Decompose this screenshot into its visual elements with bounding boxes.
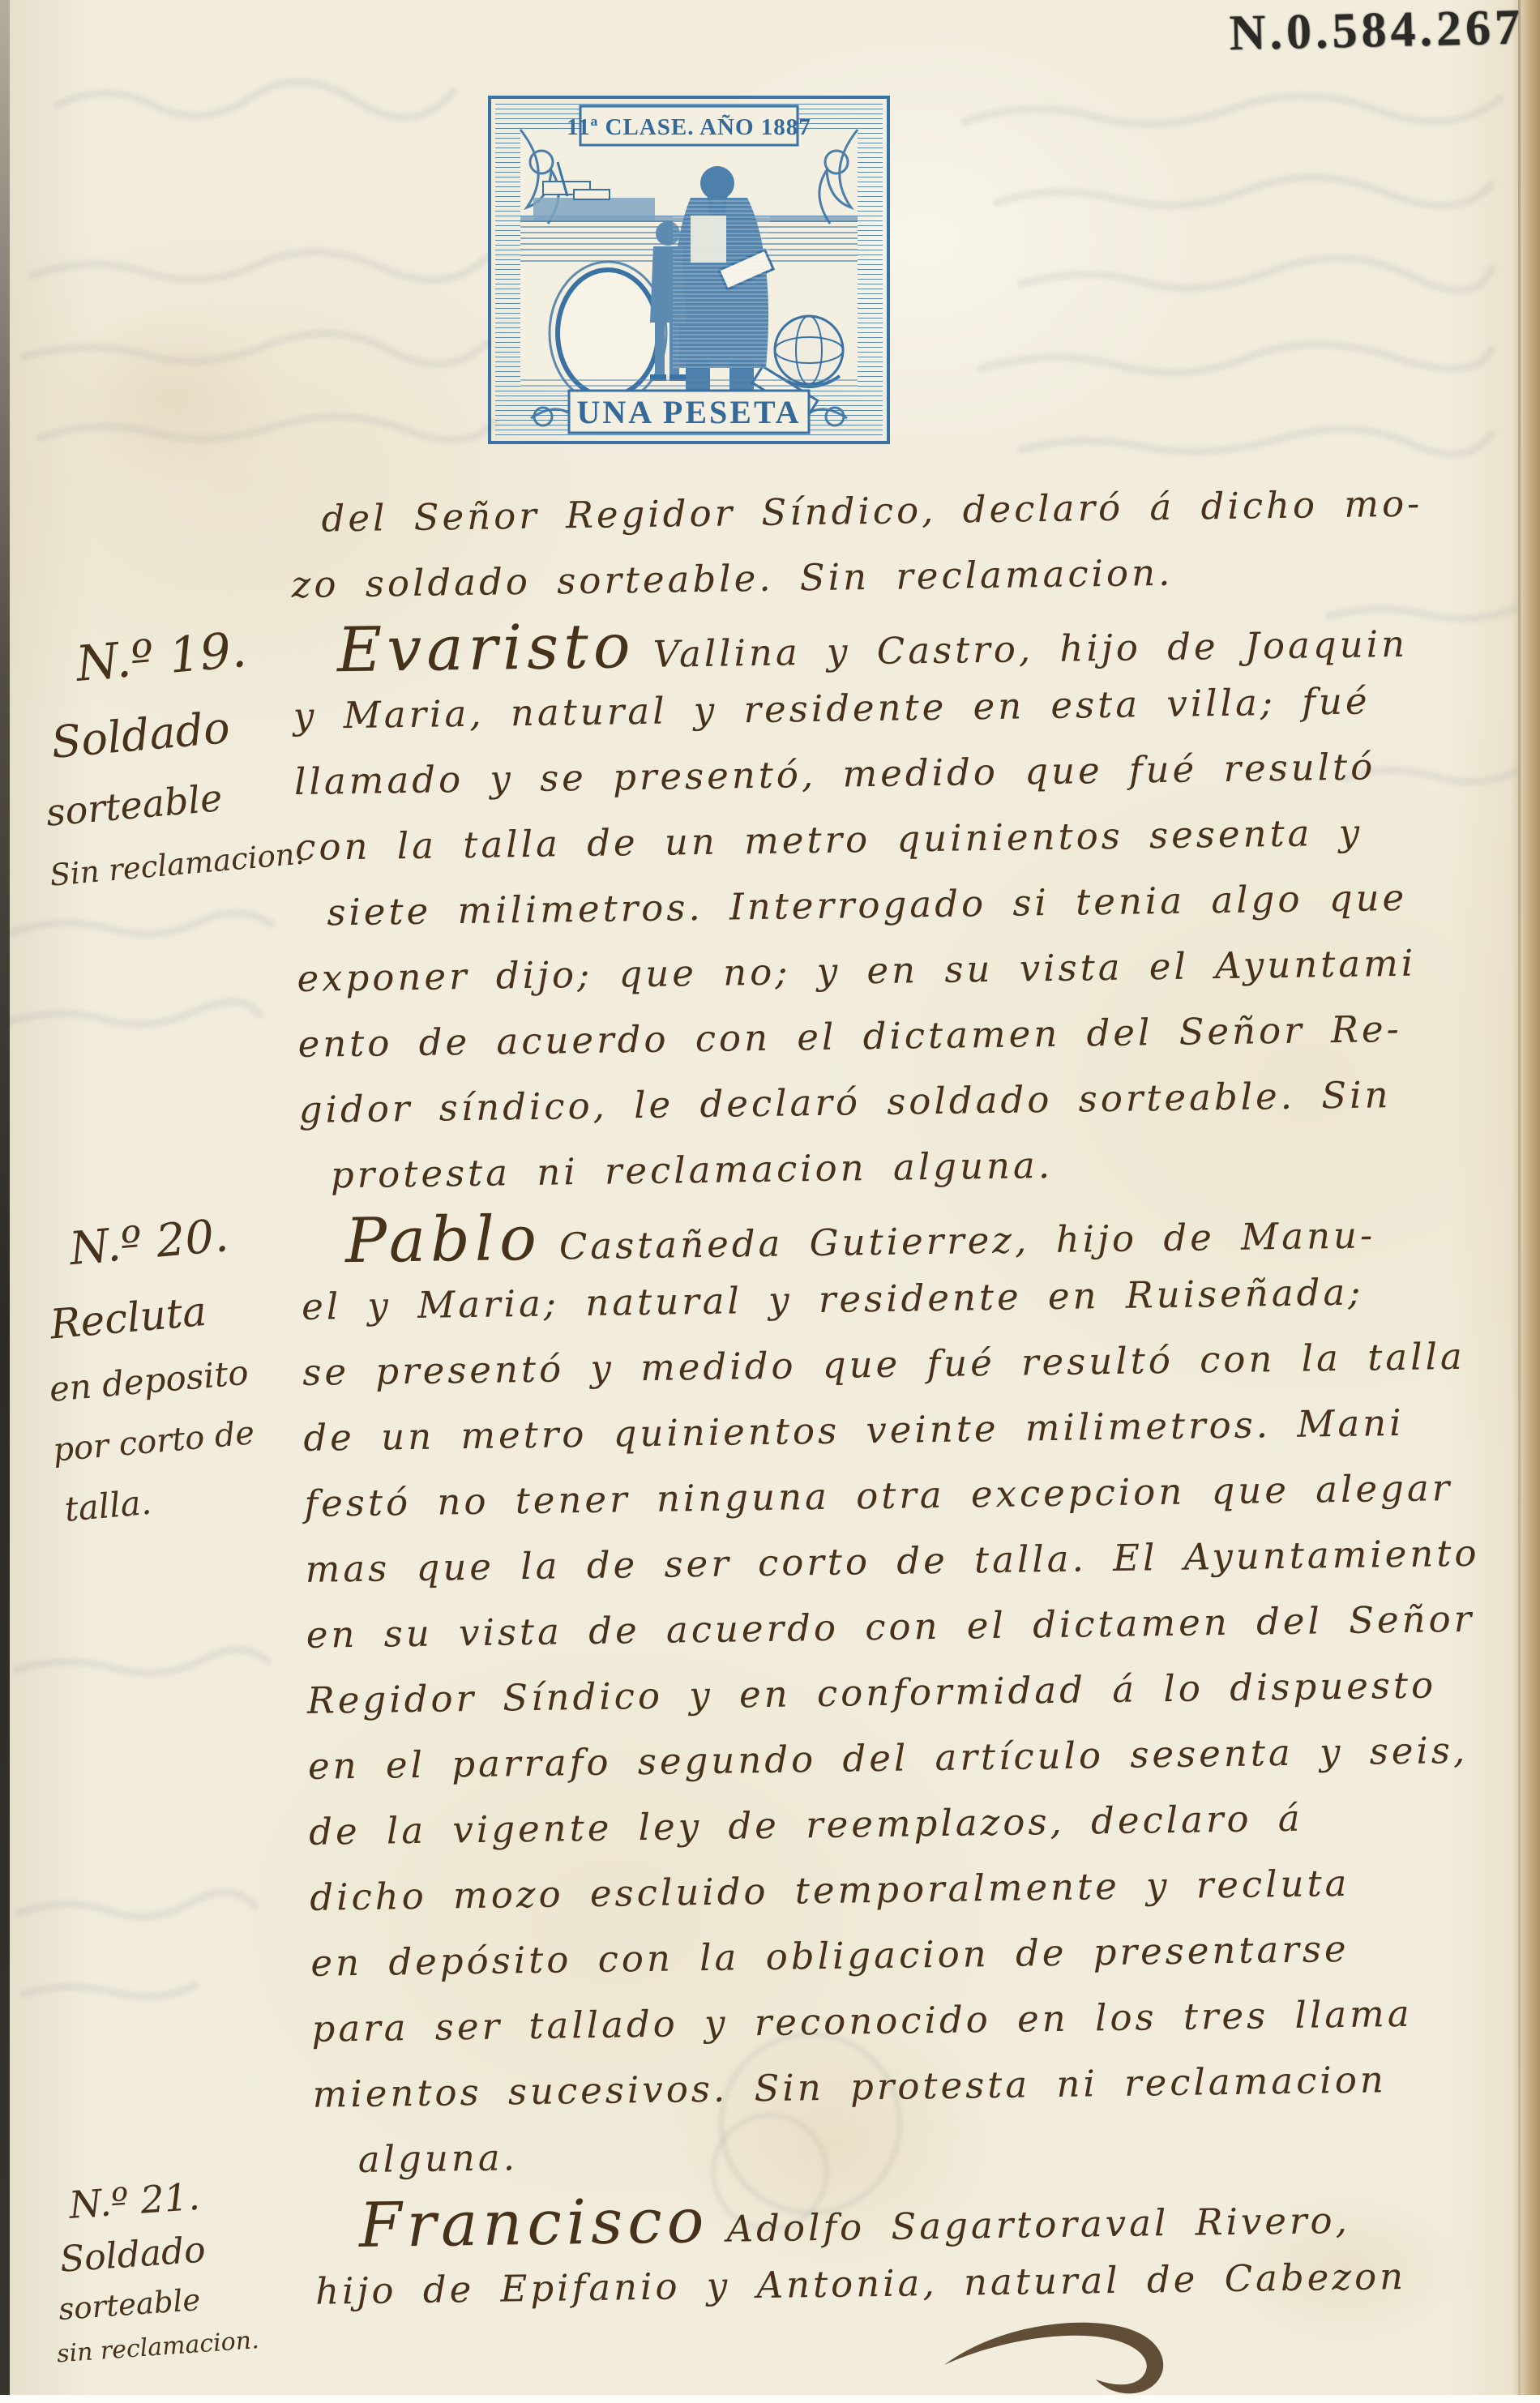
manuscript-body: del Señor Regidor Síndico, declaró á dic… — [290, 468, 1540, 2324]
paragraph-lead-name: Francisco — [358, 2184, 709, 2261]
page-edge-bottom — [0, 2395, 1540, 2403]
paragraph-lead-name: Evaristo — [336, 609, 635, 686]
stamp-top-banner-text: 11ª CLASE. AÑO 1887 — [567, 113, 811, 140]
stamp-bottom-banner-text: UNA PESETA — [576, 394, 801, 430]
margin-note-19: N.º 19. Soldado sorteable Sin reclamacio… — [28, 606, 306, 906]
paper-stain — [49, 308, 292, 486]
margin-note-20: N.º 20. Recluta en deposito por corto de… — [32, 1196, 263, 1540]
revenue-stamp: 11ª CLASE. AÑO 1887 — [486, 94, 892, 449]
binding-shadow-left — [0, 0, 10, 2403]
document-page: N.0.584.267 — [0, 0, 1540, 2403]
serial-number-stamp: N.0.584.267 — [939, 0, 1524, 69]
paragraph-lead-name: Pablo — [344, 1202, 541, 1276]
margin-note-21: N.º 21. Soldado sorteable sin reclamacio… — [45, 2165, 260, 2376]
